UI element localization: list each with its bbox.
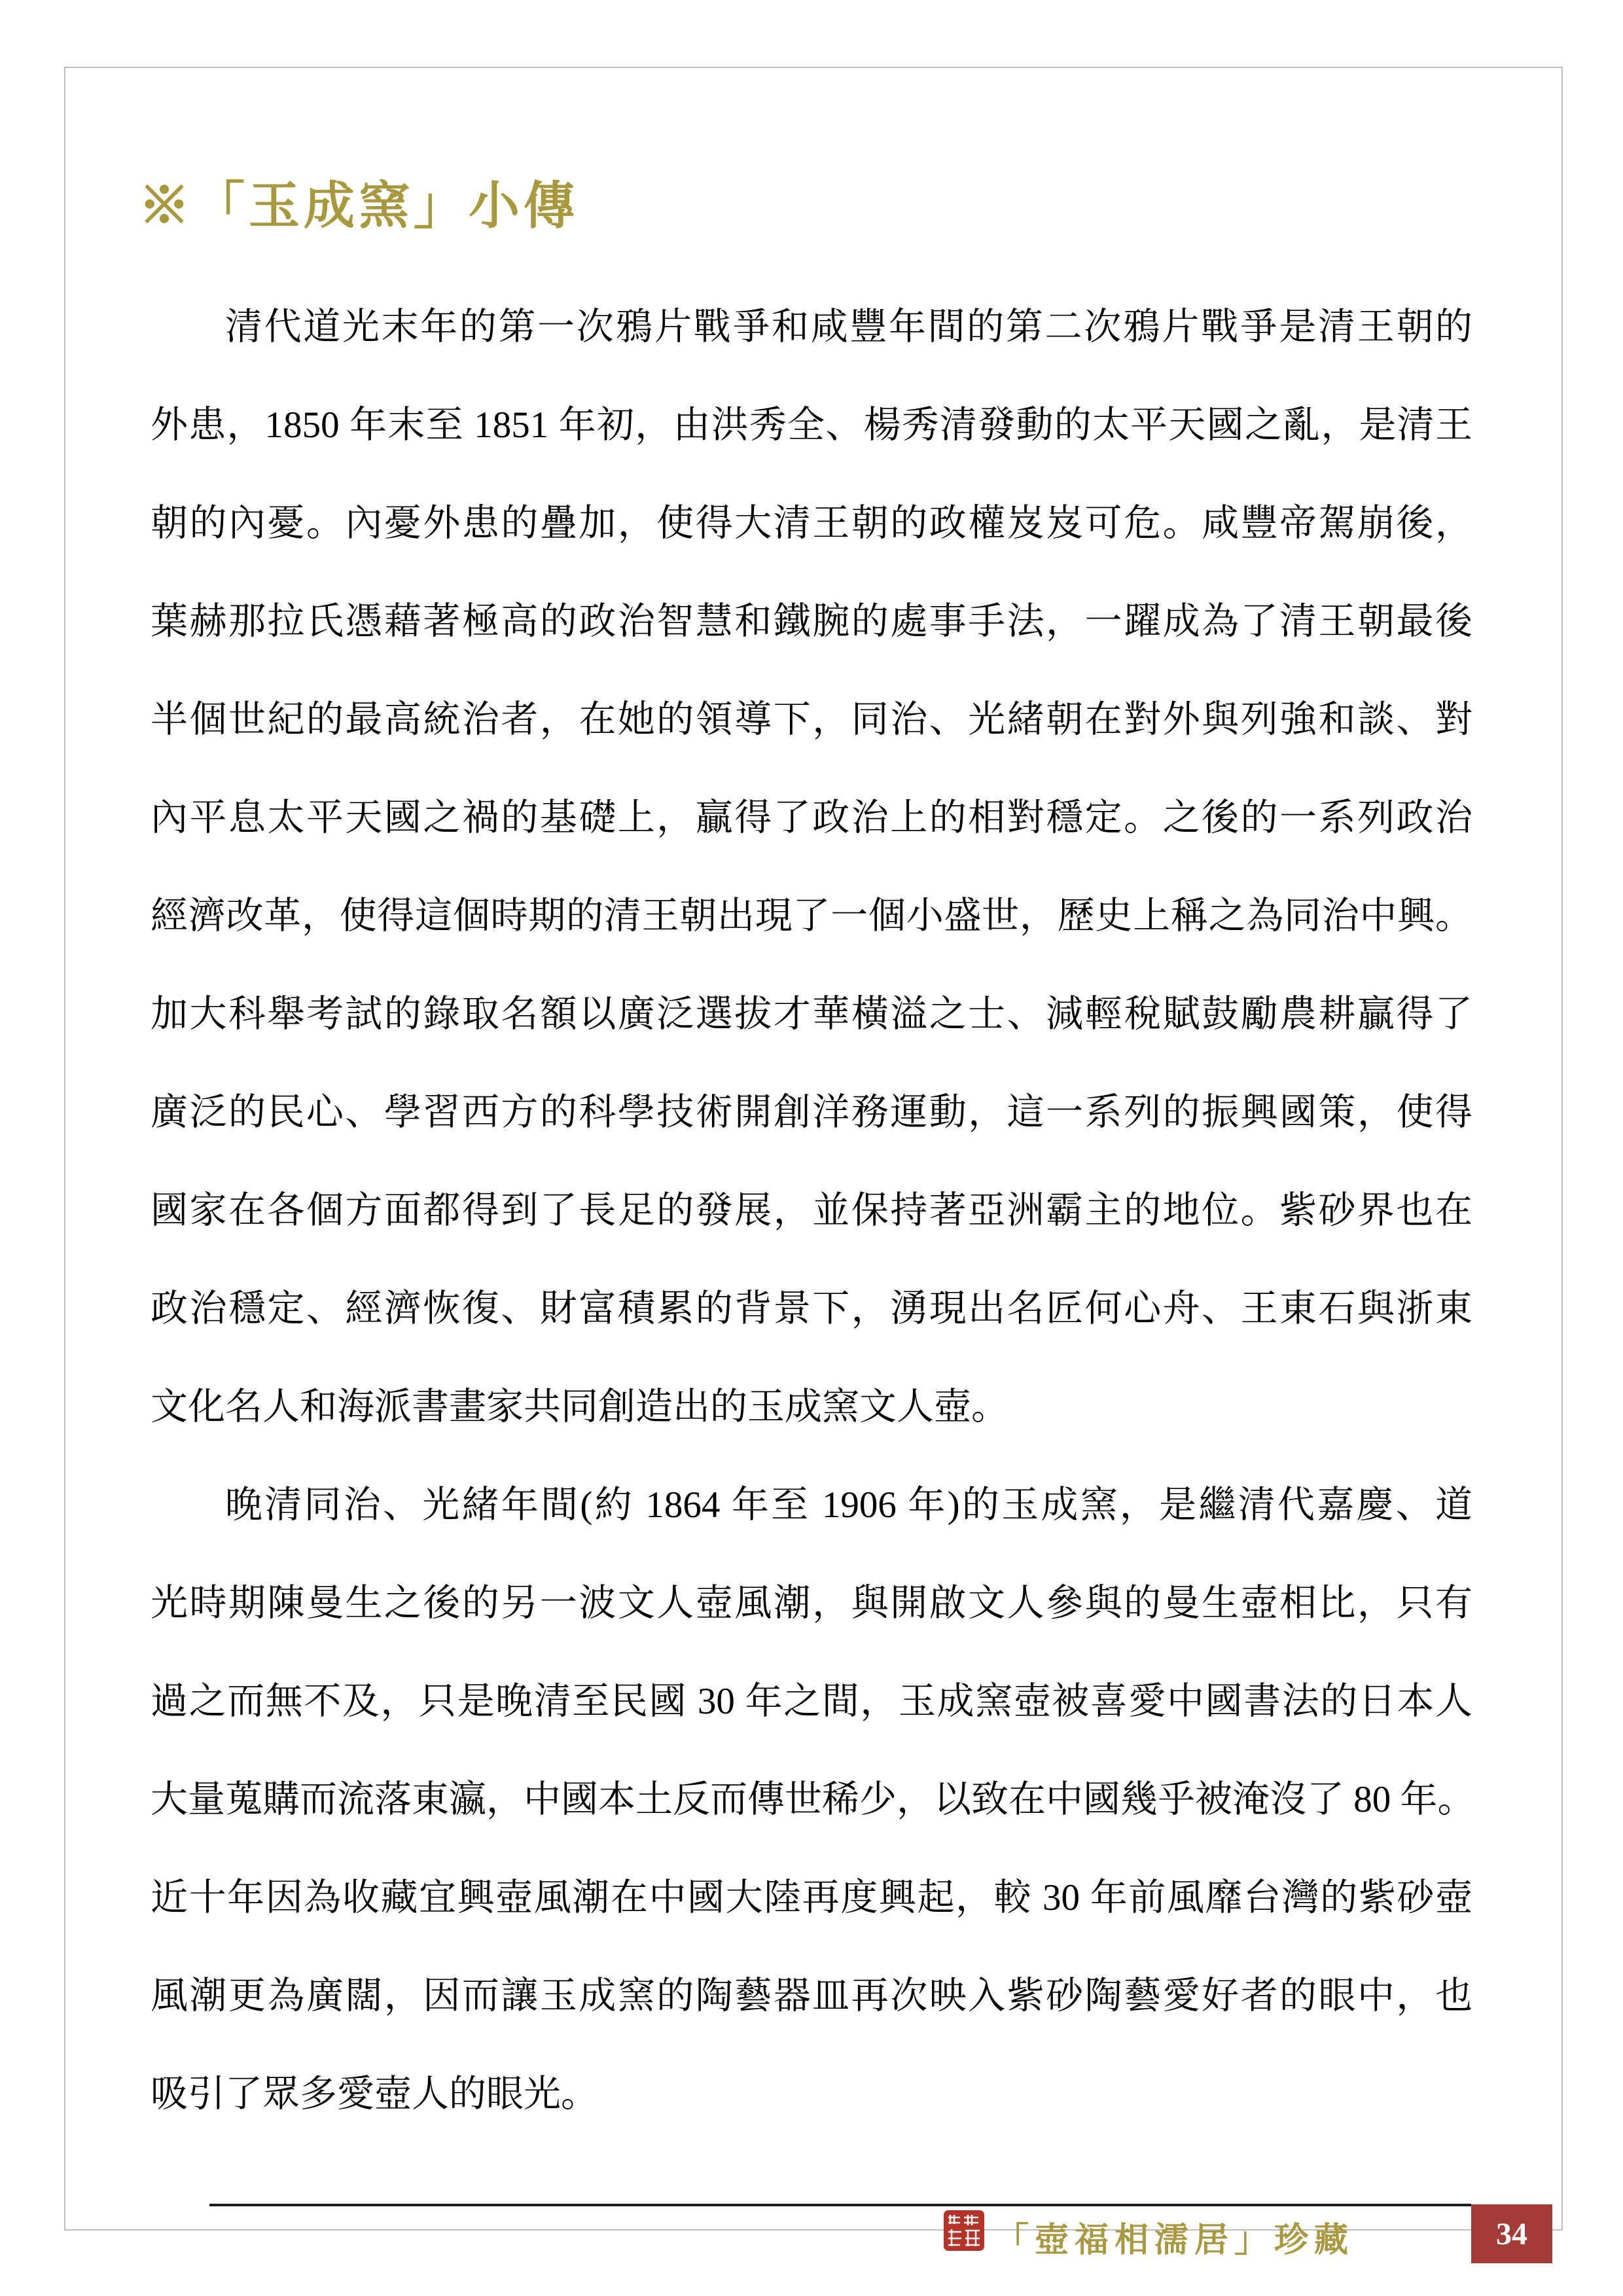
body-line: 大量蒐購而流落東瀛，中國本土反而傳世稀少，以致在中國幾乎被淹沒了 80 年。 [151,1751,1472,1849]
paragraph: 晚清同治、光緒年間(約 1864 年至 1906 年)的玉成窯，是繼清代嘉慶、道… [151,1456,1472,2144]
body-line: 風潮更為廣闊，因而讓玉成窯的陶藝器皿再次映入紫砂陶藝愛好者的眼中，也 [151,1947,1472,2045]
paragraph: 清代道光末年的第一次鴉片戰爭和咸豐年間的第二次鴉片戰爭是清王朝的 外患，1850… [151,278,1472,1456]
body-line: 吸引了眾多愛壺人的眼光。 [151,2045,1472,2144]
body-text: 清代道光末年的第一次鴉片戰爭和咸豐年間的第二次鴉片戰爭是清王朝的 外患，1850… [151,278,1472,2144]
body-line: 外患，1850 年末至 1851 年初，由洪秀全、楊秀清發動的太平天國之亂，是清… [151,376,1472,475]
page-title: ※「玉成窯」小傳 [139,165,579,238]
footer-divider [209,2204,1471,2206]
collection-seal-icon [943,2210,985,2251]
body-line: 經濟改革，使得這個時期的清王朝出現了一個小盛世，歷史上稱之為同治中興。 [151,867,1472,965]
page-number: 34 [1496,2216,1527,2252]
page-number-box: 34 [1471,2204,1552,2263]
body-line: 朝的內憂。內憂外患的疊加，使得大清王朝的政權岌岌可危。咸豐帝駕崩後， [151,475,1472,573]
body-line: 過之而無不及，只是晚清至民國 30 年之間，玉成窯壺被喜愛中國書法的日本人 [151,1653,1472,1751]
body-line: 清代道光末年的第一次鴉片戰爭和咸豐年間的第二次鴉片戰爭是清王朝的 [151,278,1472,376]
body-line: 近十年因為收藏宜興壺風潮在中國大陸再度興起，較 30 年前風靡台灣的紫砂壺 [151,1849,1472,1947]
body-line: 內平息太平天國之禍的基礎上，贏得了政治上的相對穩定。之後的一系列政治 [151,769,1472,867]
body-line: 葉赫那拉氏憑藉著極高的政治智慧和鐵腕的處事手法，一躍成為了清王朝最後 [151,573,1472,671]
body-line: 政治穩定、經濟恢復、財富積累的背景下，湧現出名匠何心舟、王東石與浙東 [151,1260,1472,1358]
body-line: 光時期陳曼生之後的另一波文人壺風潮，與開啟文人參與的曼生壺相比，只有 [151,1554,1472,1653]
body-line: 加大科舉考試的錄取名額以廣泛選拔才華橫溢之士、減輕稅賦鼓勵農耕贏得了 [151,965,1472,1064]
body-line: 廣泛的民心、學習西方的科學技術開創洋務運動，這一系列的振興國策，使得 [151,1064,1472,1162]
body-line: 半個世紀的最高統治者，在她的領導下，同治、光緒朝在對外與列強和談、對 [151,671,1472,769]
collection-label: 「壺福相濡居」珍藏 [995,2212,1354,2261]
body-line: 晚清同治、光緒年間(約 1864 年至 1906 年)的玉成窯，是繼清代嘉慶、道 [151,1456,1472,1554]
body-line: 國家在各個方面都得到了長足的發展，並保持著亞洲霸主的地位。紫砂界也在 [151,1162,1472,1260]
document-page: { "document": { "title": "※「玉成窯」小傳" }, "… [0,0,1623,2296]
body-line: 文化名人和海派書畫家共同創造出的玉成窯文人壺。 [151,1358,1472,1456]
